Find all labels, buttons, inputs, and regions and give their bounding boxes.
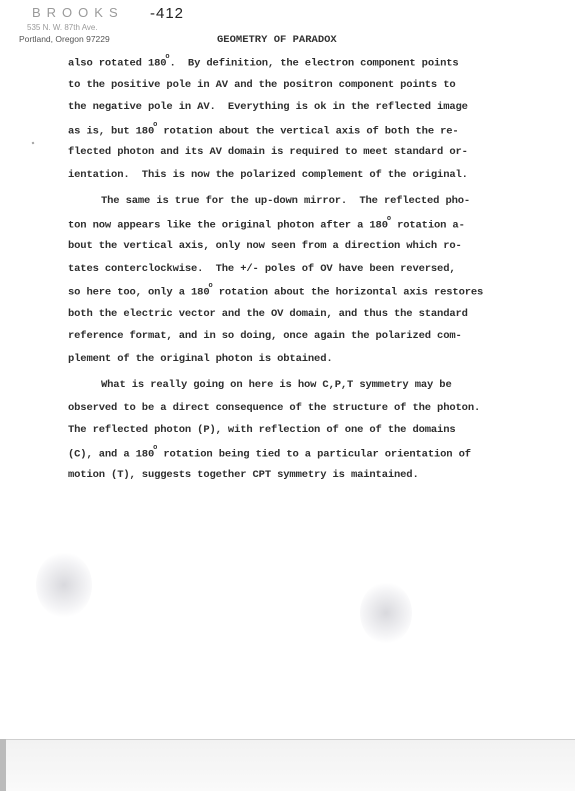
text-segment: the negative pole in AV. Everything is o… [68,101,468,113]
stamp-address: 535 N. W. 87th Ave. [27,23,98,32]
text-segment: reference format, and in so doing, once … [68,330,462,342]
text-line: motion (T), suggests together CPT symmet… [68,469,419,481]
stamp-name: BROOKS [32,5,124,20]
degree-symbol: o [208,282,212,290]
text-line: What is really going on here is how C,P,… [101,379,452,391]
text-segment: ientation. This is now the polarized com… [68,169,468,181]
text-segment: observed to be a direct consequence of t… [68,402,480,414]
text-segment: flected photon and its AV domain is requ… [68,146,468,158]
text-line: to the positive pole in AV and the posit… [68,79,456,91]
text-line: tates conterclockwise. The +/- poles of … [68,263,456,275]
page-bottom-edge [0,739,575,791]
scan-smudge [360,582,412,644]
text-segment: as is, but 180 [68,125,154,137]
text-line: so here too, only a 180o rotation about … [68,285,483,299]
text-segment: The reflected photon (P), with reflectio… [68,424,456,436]
document-title: GEOMETRY OF PARADOX [217,34,337,46]
degree-symbol: o [153,444,157,452]
text-line: the negative pole in AV. Everything is o… [68,101,468,113]
handwritten-page-number: -412 [150,5,184,22]
text-segment: both the electric vector and the OV doma… [68,308,468,320]
text-segment: also rotated 180 [68,58,166,70]
text-line: (C), and a 180o rotation being tied to a… [68,447,471,461]
text-line: both the electric vector and the OV doma… [68,308,468,320]
degree-symbol: o [153,121,157,129]
text-segment: rotation a- [391,219,465,231]
text-line: also rotated 180o. By definition, the el… [68,56,459,70]
text-segment: . By definition, the electron component … [169,58,458,70]
text-line: as is, but 180o rotation about the verti… [68,124,459,138]
text-line: bout the vertical axis, only now seen fr… [68,240,462,252]
scan-smudge [36,552,92,618]
text-line: ientation. This is now the polarized com… [68,169,468,181]
text-line: plement of the original photon is obtain… [68,353,333,365]
text-segment: What is really going on here is how C,P,… [101,379,452,391]
text-segment: rotation about the vertical axis of both… [157,125,458,137]
text-segment: rotation being tied to a particular orie… [157,448,471,460]
text-line: ton now appears like the original photon… [68,218,465,232]
text-line: The same is true for the up-down mirror.… [101,195,470,207]
text-segment: rotation about the horizontal axis resto… [213,287,484,299]
text-segment: (C), and a 180 [68,448,154,460]
text-segment: motion (T), suggests together CPT symmet… [68,469,419,481]
text-segment: tates conterclockwise. The +/- poles of … [68,263,456,275]
text-line: flected photon and its AV domain is requ… [68,146,468,158]
text-segment: ton now appears like the original photon… [68,219,388,231]
text-segment: bout the vertical axis, only now seen fr… [68,240,462,252]
degree-symbol: o [165,53,169,61]
text-segment: so here too, only a 180 [68,287,209,299]
scan-speck [32,142,35,145]
stamp-city: Portland, Oregon 97229 [19,34,110,44]
page-left-edge [0,739,6,791]
degree-symbol: o [387,215,391,223]
text-segment: plement of the original photon is obtain… [68,353,333,365]
text-segment: The same is true for the up-down mirror.… [101,195,470,207]
text-line: The reflected photon (P), with reflectio… [68,424,456,436]
text-segment: to the positive pole in AV and the posit… [68,79,456,91]
text-line: observed to be a direct consequence of t… [68,402,480,414]
text-line: reference format, and in so doing, once … [68,330,462,342]
